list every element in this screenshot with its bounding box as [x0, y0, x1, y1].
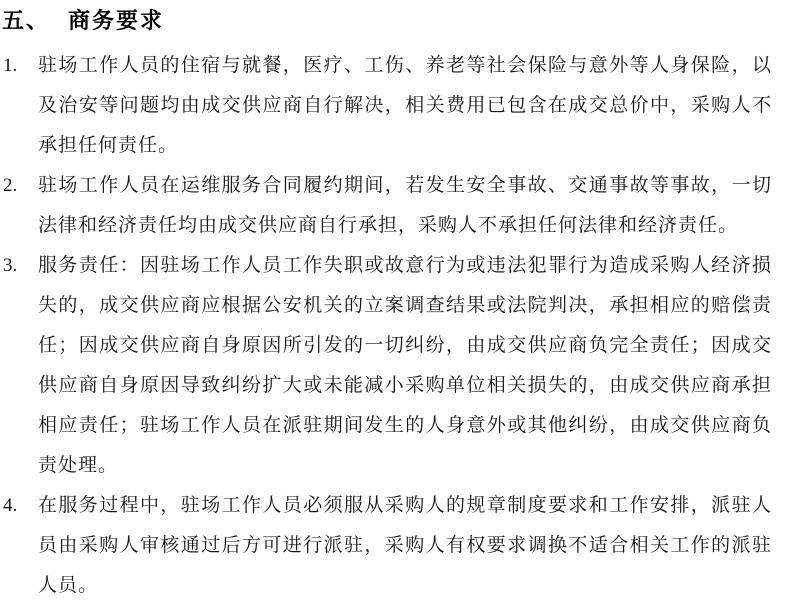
list-item: 3. 服务责任：因驻场工作人员工作失职或故意行为或违法犯罪行为造成采购人经济损失…: [0, 246, 785, 486]
list-item: 1. 驻场工作人员的住宿与就餐，医疗、工伤、养老等社会保险与意外等人身保险，以及…: [0, 46, 785, 166]
list-item-text: 驻场工作人员在运维服务合同履约期间，若发生安全事故、交通事故等事故，一切法律和经…: [38, 166, 772, 246]
list-item-text: 在服务过程中，驻场工作人员必须服从采购人的规章制度要求和工作安排，派驻人员由采购…: [38, 486, 772, 603]
list-item-number: 4.: [3, 486, 35, 526]
list-item-number: 2.: [3, 166, 35, 206]
list-item-text: 服务责任：因驻场工作人员工作失职或故意行为或违法犯罪行为造成采购人经济损失的，成…: [38, 246, 772, 486]
list-item: 2. 驻场工作人员在运维服务合同履约期间，若发生安全事故、交通事故等事故，一切法…: [0, 166, 785, 246]
list-item-text: 驻场工作人员的住宿与就餐，医疗、工伤、养老等社会保险与意外等人身保险，以及治安等…: [38, 46, 772, 166]
list-item-number: 3.: [3, 246, 35, 286]
clause-list: 1. 驻场工作人员的住宿与就餐，医疗、工伤、养老等社会保险与意外等人身保险，以及…: [0, 46, 785, 603]
section-heading-number: 五、: [2, 8, 50, 33]
list-item: 4. 在服务过程中，驻场工作人员必须服从采购人的规章制度要求和工作安排，派驻人员…: [0, 486, 785, 603]
list-item-number: 1.: [3, 46, 35, 86]
document-page: 五、商务要求 1. 驻场工作人员的住宿与就餐，医疗、工伤、养老等社会保险与意外等…: [0, 0, 785, 603]
section-heading-title: 商务要求: [68, 8, 164, 33]
section-heading: 五、商务要求: [2, 6, 785, 36]
